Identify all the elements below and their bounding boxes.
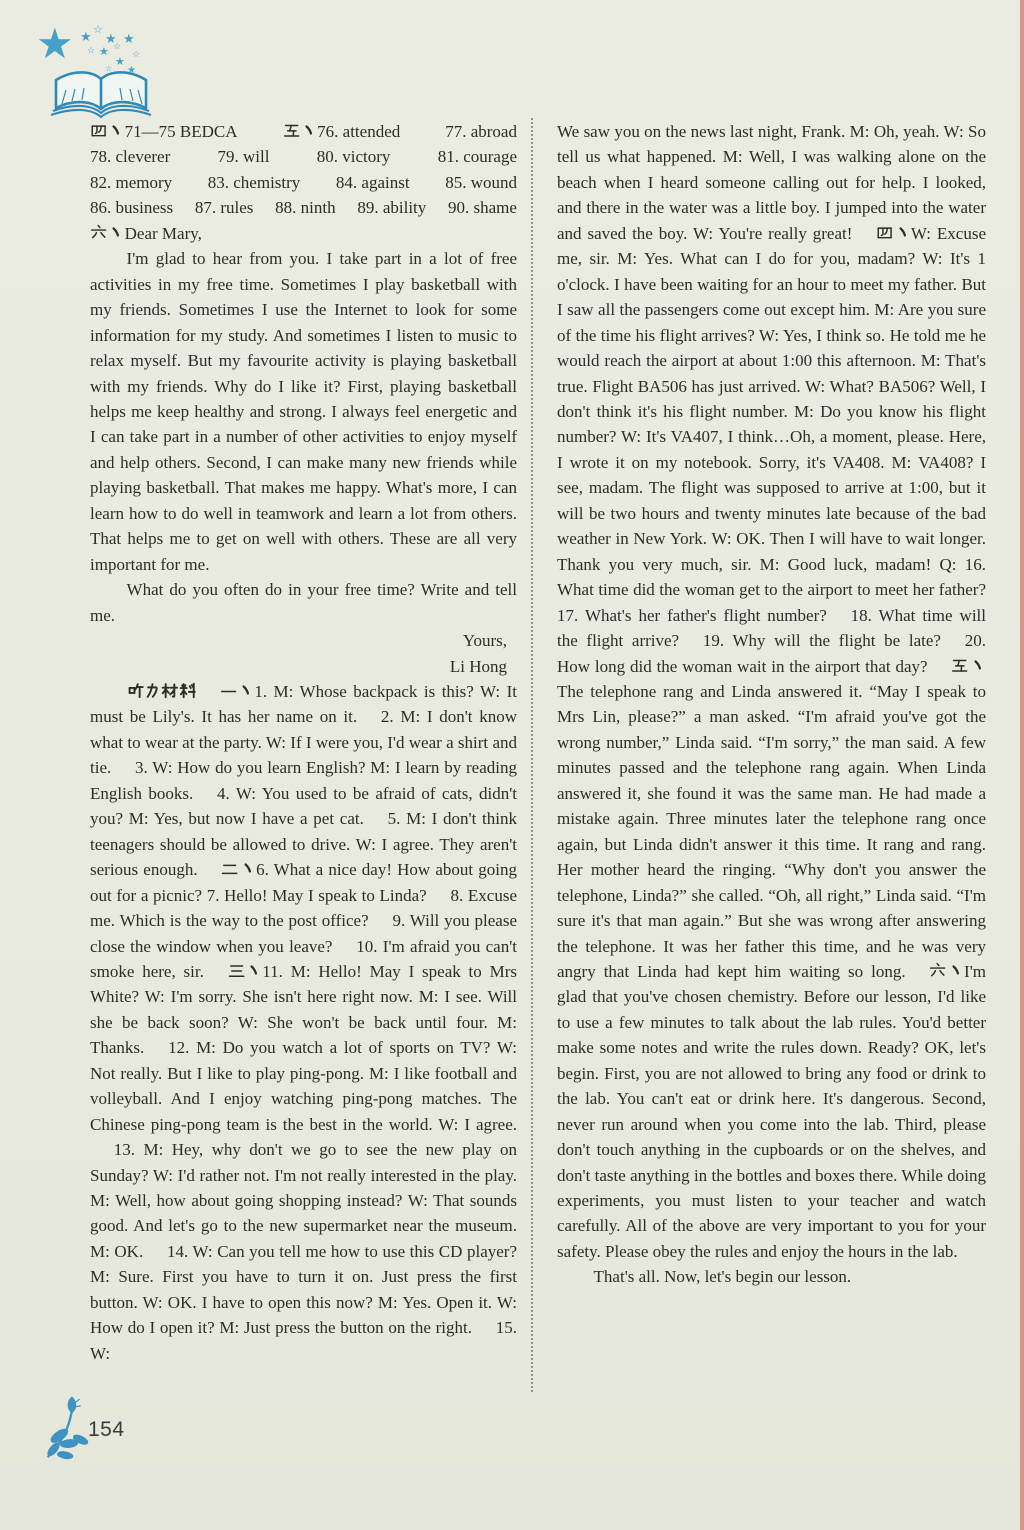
cjk-glyph — [228, 962, 245, 979]
answer-item: 79. will — [218, 144, 270, 169]
cjk-glyph — [245, 962, 262, 979]
column-divider — [531, 118, 533, 1392]
answer-item: 76. attended — [283, 119, 401, 144]
letter-salutation: Dear Mary, — [90, 221, 517, 246]
answer-item: 81. courage — [438, 144, 517, 169]
right-column: We saw you on the news last night, Frank… — [557, 119, 986, 1290]
cjk-glyph — [947, 962, 964, 979]
page-number: 154 — [88, 1418, 125, 1442]
svg-text:☆: ☆ — [105, 64, 112, 73]
page-edge-strip — [1020, 0, 1024, 1530]
svg-text:★: ★ — [127, 65, 136, 76]
cjk-glyph — [876, 224, 893, 241]
listening-transcript-right: We saw you on the news last night, Frank… — [557, 119, 986, 1264]
answer-item: 88. ninth — [275, 195, 335, 220]
signature-yours: Yours, — [90, 628, 517, 653]
left-column: 71—75 BEDCA76. attended77. abroad78. cle… — [90, 119, 517, 1366]
cjk-glyph — [300, 122, 317, 139]
cjk-glyph — [107, 224, 124, 241]
answer-row: 78. cleverer79. will80. victory81. coura… — [90, 144, 517, 169]
answer-item: 89. ability — [357, 195, 426, 220]
answer-item: 90. shame — [448, 195, 517, 220]
answer-grid: 71—75 BEDCA76. attended77. abroad78. cle… — [90, 119, 517, 221]
cjk-glyph — [951, 657, 968, 674]
answer-item: 86. business — [90, 195, 173, 220]
cjk-glyph — [179, 682, 196, 699]
cjk-glyph — [127, 682, 144, 699]
cjk-glyph — [144, 682, 161, 699]
answer-item: 87. rules — [195, 195, 254, 220]
letter-paragraph-2: What do you often do in your free time? … — [90, 577, 517, 628]
answer-item: 80. victory — [317, 144, 391, 169]
open-book-with-stars-icon: ★ ★ ☆ ★ ☆ ★ ☆ ★ ☆ ★ ★ ☆ — [36, 20, 168, 122]
answer-row: 86. business87. rules88. ninth89. abilit… — [90, 195, 517, 220]
svg-text:☆: ☆ — [87, 46, 95, 56]
answer-item: 83. chemistry — [208, 170, 301, 195]
bold-run — [127, 682, 196, 701]
answer-row: 71—75 BEDCA76. attended77. abroad — [90, 119, 517, 144]
answer-item: 85. wound — [445, 170, 517, 195]
signature-name: Li Hong — [90, 654, 517, 679]
closing-line: That's all. Now, let's begin our lesson. — [557, 1264, 986, 1289]
answer-item: 78. cleverer — [90, 144, 170, 169]
letter-paragraph-1: I'm glad to hear from you. I take part i… — [90, 246, 517, 577]
answer-row: 82. memory83. chemistry84. against85. wo… — [90, 170, 517, 195]
cjk-glyph — [221, 860, 238, 877]
svg-text:★: ★ — [123, 32, 135, 47]
answer-item: 84. against — [336, 170, 410, 195]
cjk-glyph — [283, 122, 300, 139]
cjk-glyph — [90, 224, 107, 241]
answer-item: 77. abroad — [445, 119, 517, 144]
cjk-glyph — [969, 657, 986, 674]
svg-text:★: ★ — [99, 45, 109, 58]
svg-text:☆: ☆ — [132, 50, 140, 60]
svg-text:★: ★ — [115, 55, 125, 68]
cjk-glyph — [161, 682, 178, 699]
svg-text:★: ★ — [36, 20, 74, 68]
cjk-glyph — [220, 682, 237, 699]
svg-text:☆: ☆ — [113, 42, 121, 52]
cjk-glyph — [239, 860, 256, 877]
text-run: 1. M: Whose backpack is this? W: It must… — [90, 682, 517, 1363]
text-run: We saw you on the news last night, Frank… — [557, 122, 986, 1261]
answer-item: 71—75 BEDCA — [90, 119, 238, 144]
answer-item: 82. memory — [90, 170, 172, 195]
cjk-glyph — [107, 122, 124, 139]
listening-transcript-left: 1. M: Whose backpack is this? W: It must… — [90, 679, 517, 1366]
cjk-glyph — [929, 962, 946, 979]
cjk-glyph — [90, 122, 107, 139]
cjk-glyph — [894, 224, 911, 241]
cjk-glyph — [237, 682, 254, 699]
svg-text:★: ★ — [80, 30, 92, 45]
svg-text:☆: ☆ — [93, 23, 103, 36]
